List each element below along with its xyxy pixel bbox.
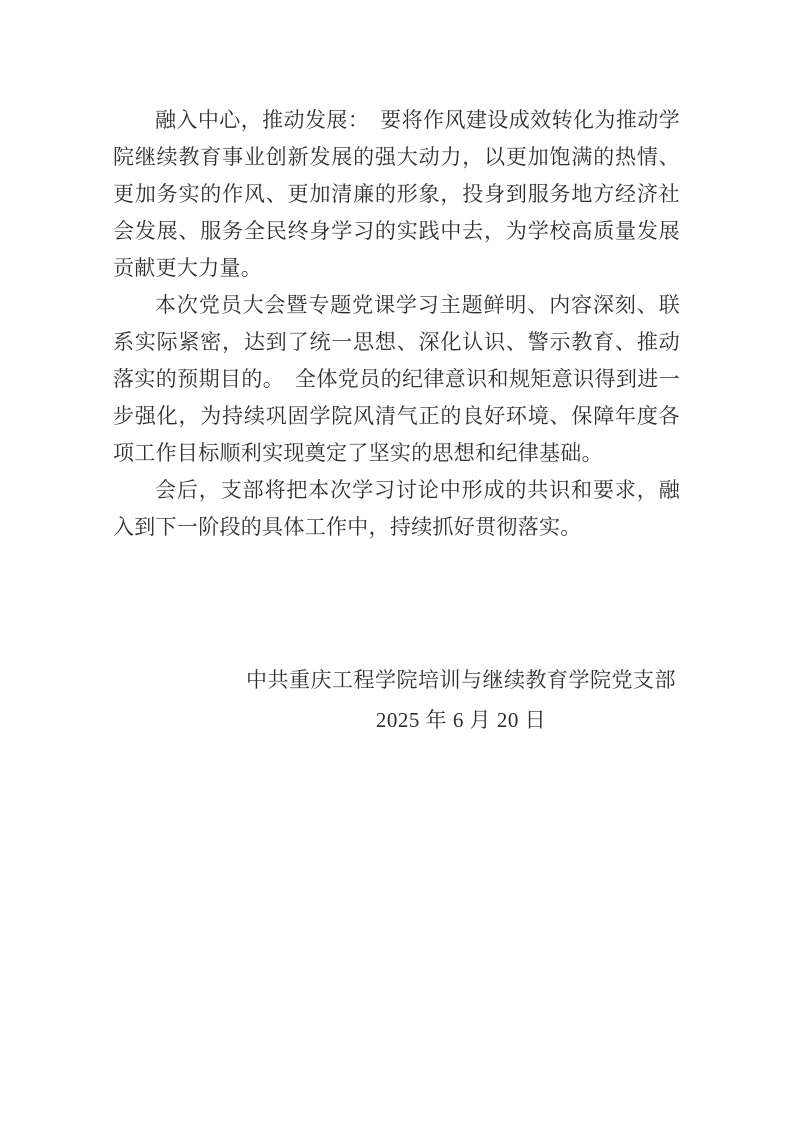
paragraph-1: 融入中心，推动发展： 要将作风建设成效转化为推动学院继续教育事业创新发展的强大动… xyxy=(113,102,680,287)
document-body: 融入中心，推动发展： 要将作风建设成效转化为推动学院继续教育事业创新发展的强大动… xyxy=(0,0,794,740)
document-page: 融入中心，推动发展： 要将作风建设成效转化为推动学院继续教育事业创新发展的强大动… xyxy=(0,0,794,1122)
signature-date: 2025 年 6 月 20 日 xyxy=(246,700,676,740)
signature-block: 中共重庆工程学院培训与继续教育学院党支部 2025 年 6 月 20 日 xyxy=(246,660,676,740)
paragraph-3: 会后，支部将把本次学习讨论中形成的共识和要求，融入到下一阶段的具体工作中，持续抓… xyxy=(113,472,680,546)
paragraph-2: 本次党员大会暨专题党课学习主题鲜明、内容深刻、联系实际紧密，达到了统一思想、深化… xyxy=(113,287,680,472)
signature-organization: 中共重庆工程学院培训与继续教育学院党支部 xyxy=(246,660,676,700)
